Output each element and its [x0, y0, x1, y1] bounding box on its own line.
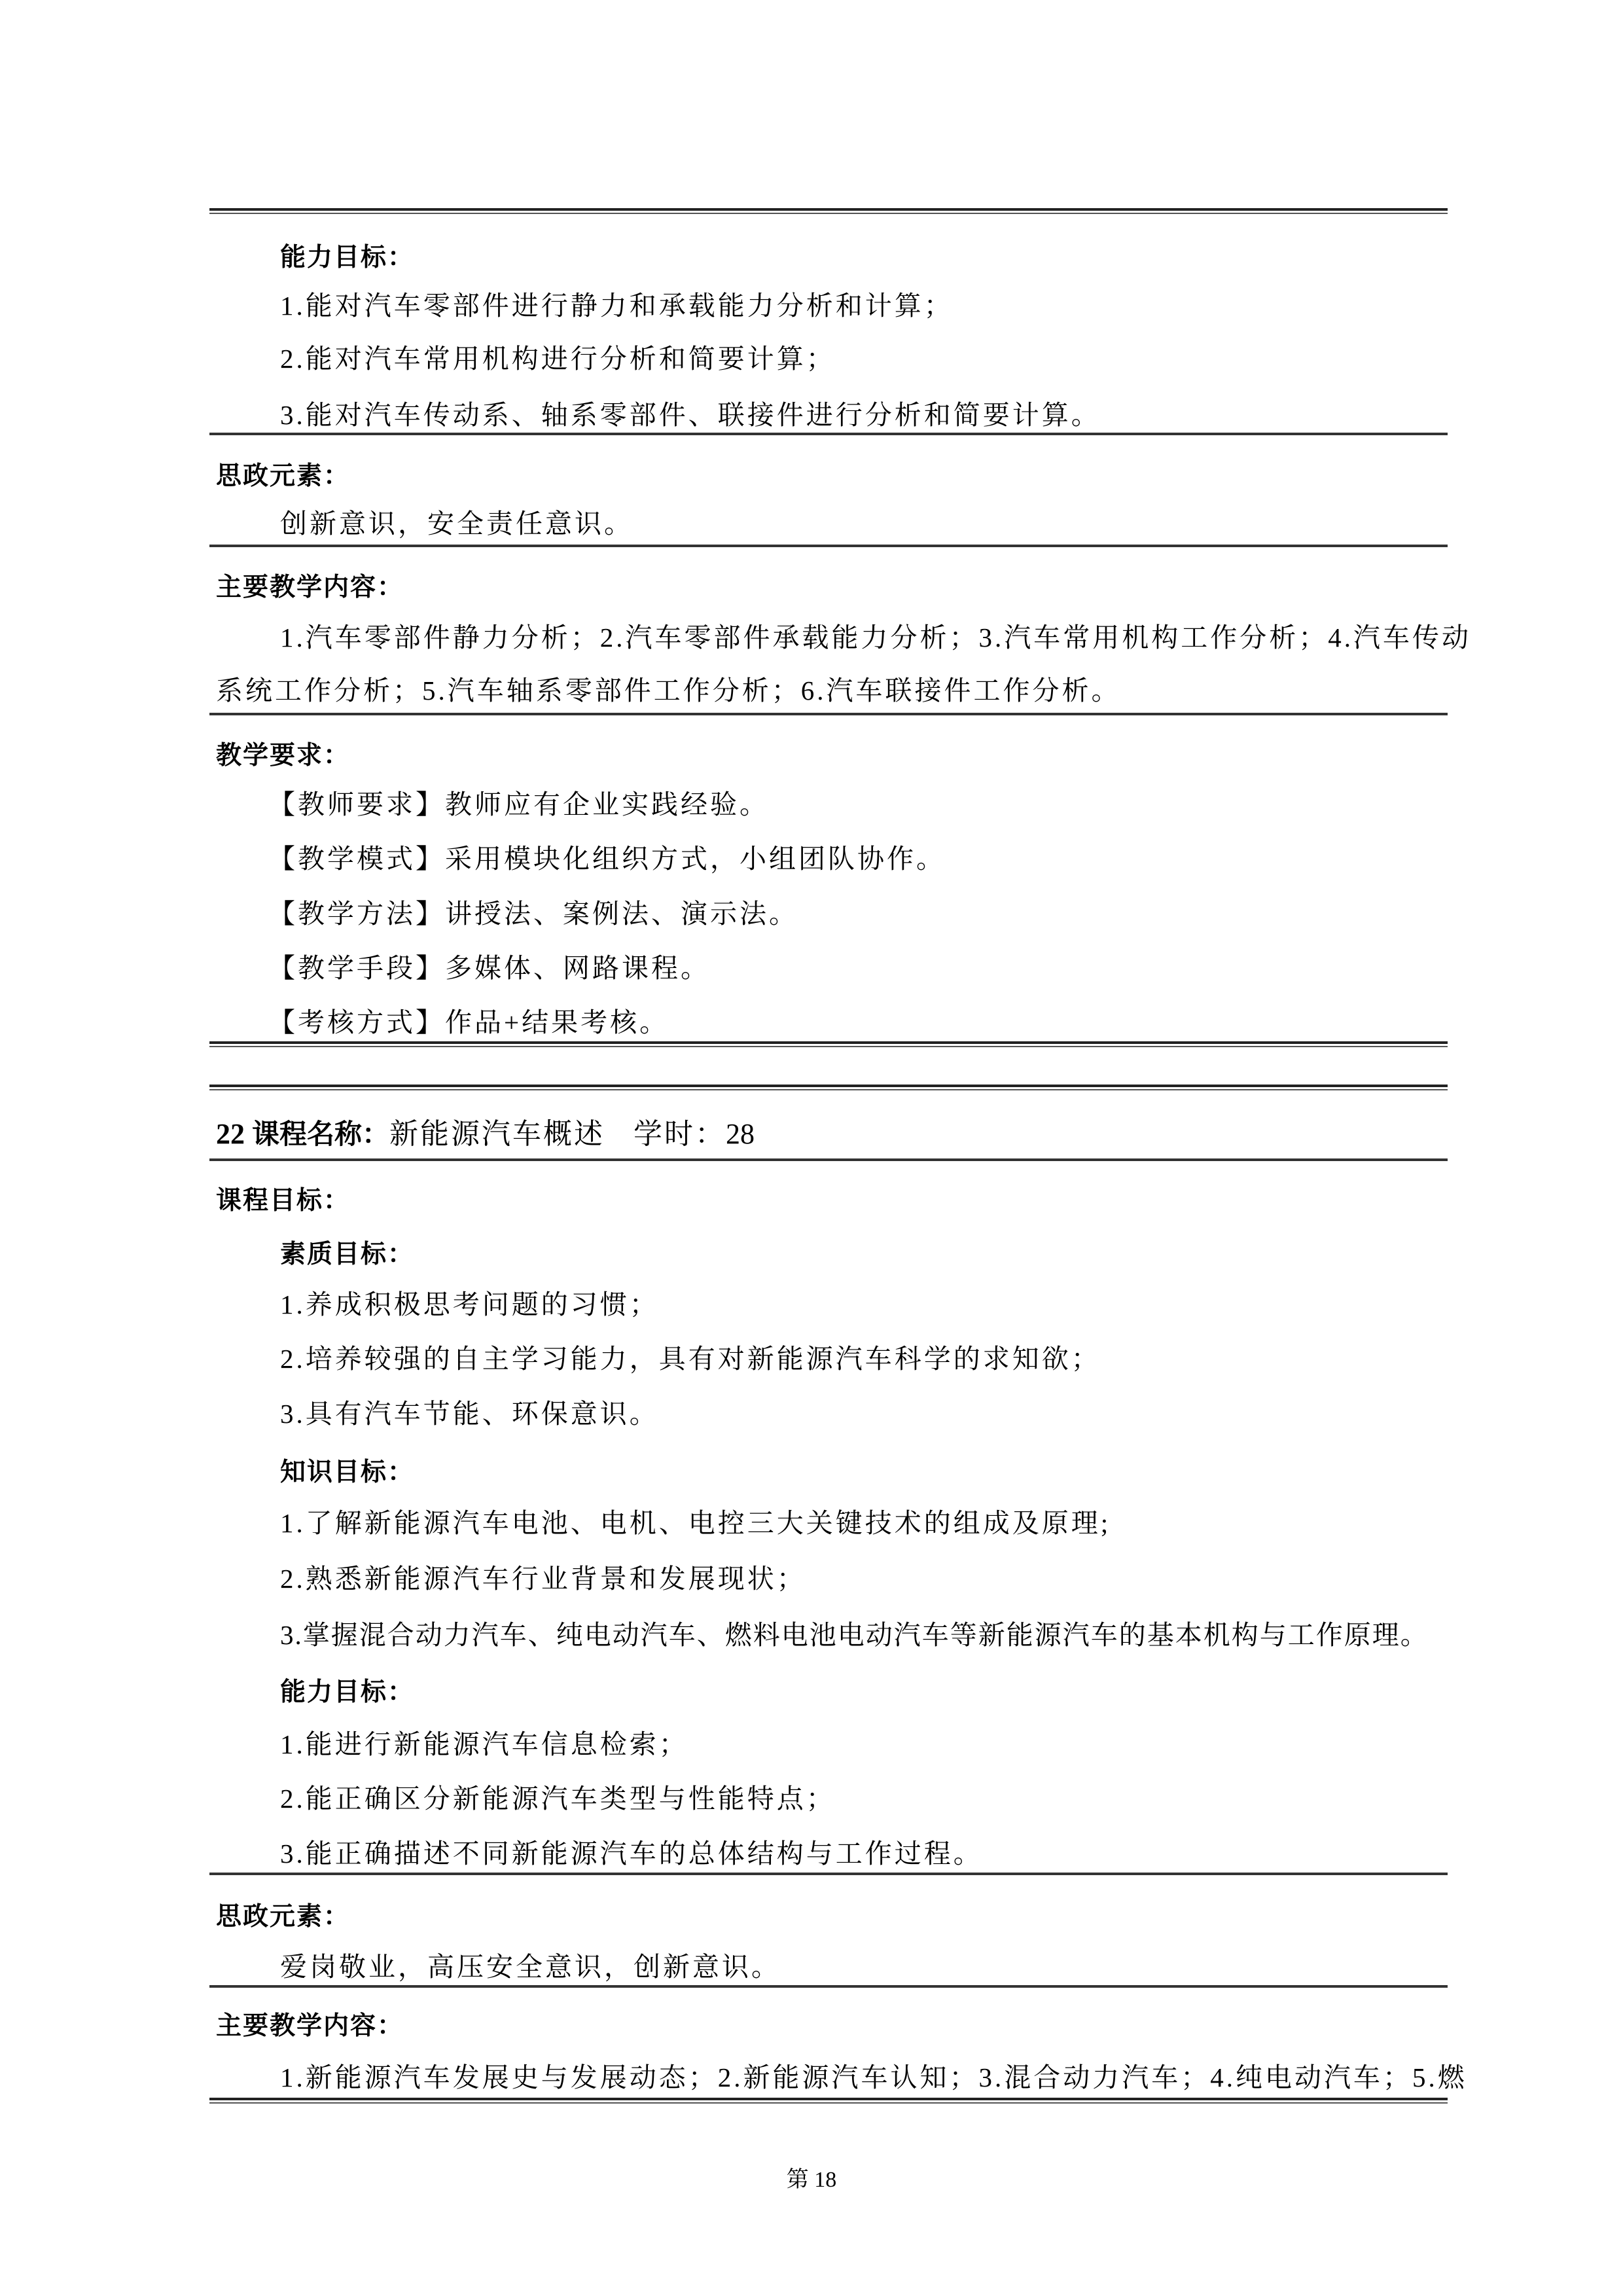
section-rule [209, 1158, 1448, 1161]
ideology-heading: 思政元素： [216, 1896, 350, 1933]
ability-goal-item: 3.能对汽车传动系、轴系零部件、联接件进行分析和简要计算。 [280, 399, 1101, 431]
quality-goal-item: 2.培养较强的自主学习能力，具有对新能源汽车科学的求知欲； [280, 1342, 1101, 1375]
ideology-text: 爱岗敬业，高压安全意识，创新意识。 [280, 1950, 781, 1983]
table-top-double-rule [209, 1085, 1448, 1090]
ability-goal-item: 2.能对汽车常用机构进行分析和简要计算； [280, 342, 836, 375]
ability-goal-item: 3.能正确描述不同新能源汽车的总体结构与工作过程。 [280, 1837, 983, 1870]
table-top-double-rule [209, 208, 1448, 214]
requirement-item: 【教学手段】多媒体、网路课程。 [268, 952, 710, 984]
knowledge-goal-item: 3.掌握混合动力汽车、纯电动汽车、燃料电池电动汽车等新能源汽车的基本机构与工作原… [280, 1619, 1429, 1651]
course-title: 22 课程名称：新能源汽车概述 学时：28 [216, 1117, 755, 1152]
content-line: 1.新能源汽车发展史与发展动态；2.新能源汽车认知；3.混合动力汽车；4.纯电动… [280, 2061, 1467, 2094]
content-line: 系统工作分析；5.汽车轴系零部件工作分析；6.汽车联接件工作分析。 [216, 674, 1121, 707]
content-heading: 主要教学内容： [216, 2005, 404, 2042]
course-name-label: 课程名称： [252, 1118, 389, 1150]
requirement-item: 【教师要求】教师应有企业实践经验。 [268, 788, 769, 821]
course-name: 新能源汽车概述 [389, 1118, 605, 1150]
requirement-item: 【教学方法】讲授法、案例法、演示法。 [268, 897, 798, 930]
quality-goal-item: 3.具有汽车节能、环保意识。 [280, 1397, 659, 1430]
requirements-heading: 教学要求： [216, 735, 350, 772]
section-rule [209, 433, 1448, 435]
course-hours: 28 [726, 1118, 755, 1150]
ability-goal-item: 1.能对汽车零部件进行静力和承载能力分析和计算； [280, 289, 954, 322]
section-rule [209, 1873, 1448, 1875]
section-rule [209, 545, 1448, 547]
requirement-item: 【教学模式】采用模块化组织方式，小组团队协作。 [268, 842, 946, 875]
knowledge-goal-item: 1.了解新能源汽车电池、电机、电控三大关键技术的组成及原理; [280, 1507, 1111, 1539]
course-goals-heading: 课程目标： [216, 1180, 350, 1217]
ability-goal-item: 1.能进行新能源汽车信息检索； [280, 1728, 688, 1761]
section-rule [209, 713, 1448, 715]
section-rule [209, 1985, 1448, 1988]
table-bottom-double-rule [209, 1041, 1448, 1047]
ideology-heading: 思政元素： [216, 456, 350, 492]
knowledge-goal-item: 2.熟悉新能源汽车行业背景和发展现状； [280, 1562, 806, 1595]
ability-goals-heading: 能力目标： [280, 237, 414, 274]
page-number: 第 18 [0, 2161, 1623, 2193]
ability-goal-item: 2.能正确区分新能源汽车类型与性能特点； [280, 1782, 836, 1815]
ideology-text: 创新意识，安全责任意识。 [280, 507, 633, 540]
course-number: 22 [216, 1118, 245, 1150]
requirement-item: 【考核方式】作品+结果考核。 [268, 1006, 669, 1039]
content-heading: 主要教学内容： [216, 567, 404, 603]
quality-goals-heading: 素质目标： [280, 1234, 414, 1270]
knowledge-goals-heading: 知识目标： [280, 1452, 414, 1488]
content-line: 1.汽车零部件静力分析；2.汽车零部件承载能力分析；3.汽车常用机构工作分析；4… [280, 621, 1471, 654]
ability-goals-heading: 能力目标： [280, 1672, 414, 1708]
table-bottom-double-rule [209, 2098, 1448, 2104]
quality-goal-item: 1.养成积极思考问题的习惯； [280, 1288, 659, 1321]
course-hours-label: 学时： [633, 1118, 726, 1150]
